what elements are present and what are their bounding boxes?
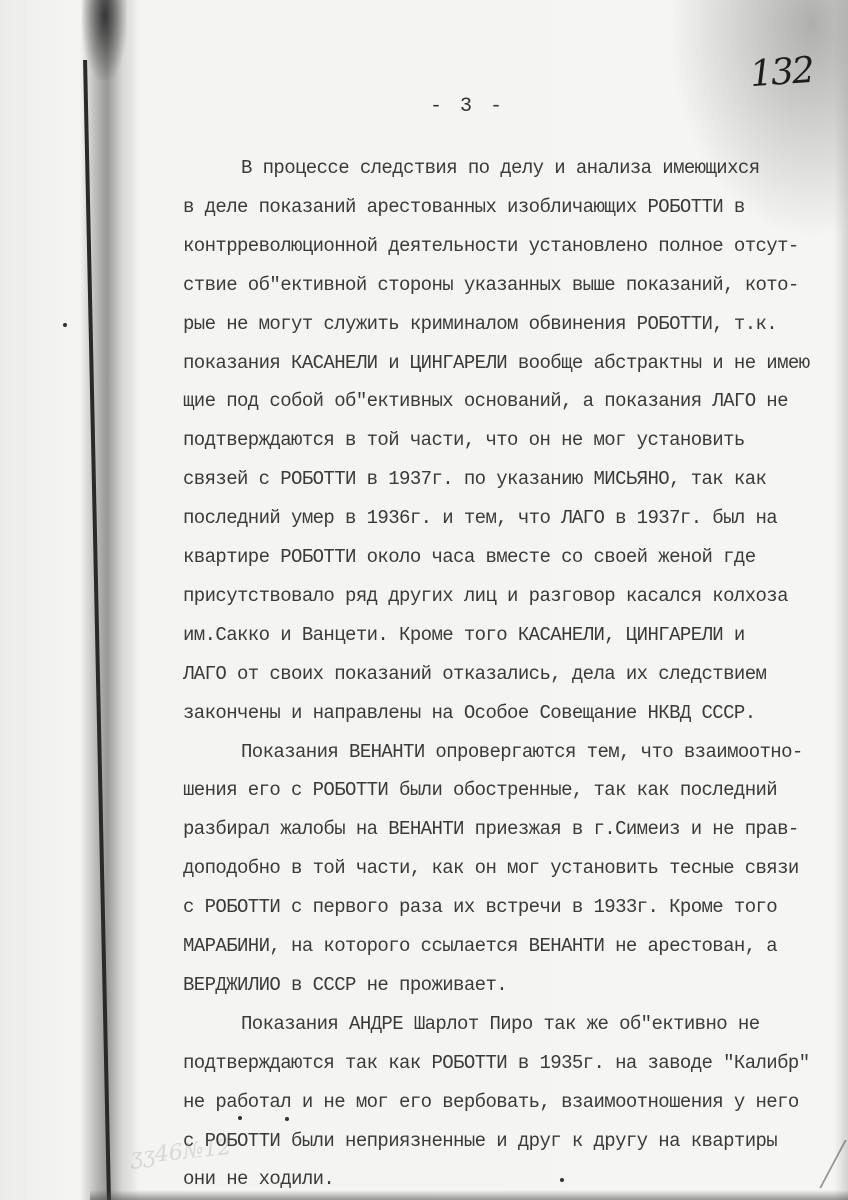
page-number: - 3 - <box>430 95 505 118</box>
speck <box>238 1116 242 1120</box>
binding-shadow-top <box>82 0 127 80</box>
speck <box>63 323 67 327</box>
text-line: связей с РОБОТТИ в 1937г. по указанию МИ… <box>183 461 766 497</box>
text-line: разбирал жалобы на ВЕНАНТИ приезжая в г.… <box>183 811 799 847</box>
document-page: 132 - 3 - В процессе следствия по делу и… <box>0 0 848 1200</box>
text-line: контрреволюционной деятельности установл… <box>183 228 799 264</box>
text-line: ВЕРДЖИЛИО в СССР не проживает. <box>183 967 507 1003</box>
text-line: щие под собой об"ективных оснований, а п… <box>183 383 788 419</box>
handwritten-sheet-number: 132 <box>749 50 814 95</box>
text-line: в деле показаний арестованных изобличающ… <box>183 189 745 225</box>
text-line: квартире РОБОТТИ около часа вместе со св… <box>183 539 756 575</box>
text-line: с РОБОТТИ были неприязненные и друг к др… <box>183 1123 777 1159</box>
text-line: подтверждаются так как РОБОТТИ в 1935г. … <box>183 1045 810 1081</box>
text-line: рые не могут служить криминалом обвинени… <box>183 306 777 342</box>
text-line: В процессе следствия по делу и анализа и… <box>241 150 760 186</box>
text-line: последний умер в 1936г. и тем, что ЛАГО … <box>183 500 777 536</box>
text-line: ствие об"ективной стороны указанных выше… <box>183 267 799 303</box>
text-line: ЛАГО от своих показаний отказались, дела… <box>183 656 766 692</box>
text-line: с РОБОТТИ с первого раза их встречи в 19… <box>183 889 777 925</box>
text-line: доподобно в той части, как он мог устано… <box>183 850 799 886</box>
text-line: Показания АНДРЕ Шарлот Пиро так же об"ек… <box>241 1006 760 1042</box>
text-line: не работал и не мог его вербовать, взаим… <box>183 1084 799 1120</box>
text-line: Показания ВЕНАНТИ опровергаются тем, что… <box>241 734 803 770</box>
text-line: показания КАСАНЕЛИ и ЦИНГАРЕЛИ вообще аб… <box>183 345 810 381</box>
page-edge-right <box>834 0 848 1200</box>
text-line: закончены и направлены на Особое Совещан… <box>183 695 756 731</box>
text-line: они не ходили. <box>183 1161 334 1197</box>
speck <box>285 1117 289 1121</box>
text-line: МАРАБИНИ, на которого ссылается ВЕНАНТИ … <box>183 928 777 964</box>
speck <box>560 1178 564 1182</box>
text-line: присутствовало ряд других лиц и разговор… <box>183 578 788 614</box>
text-line: шения его с РОБОТТИ были обостренные, та… <box>183 772 777 808</box>
text-line: им.Сакко и Ванцети. Кроме того КАСАНЕЛИ,… <box>183 617 745 653</box>
text-line: подтверждаются в той части, что он не мо… <box>183 422 745 458</box>
